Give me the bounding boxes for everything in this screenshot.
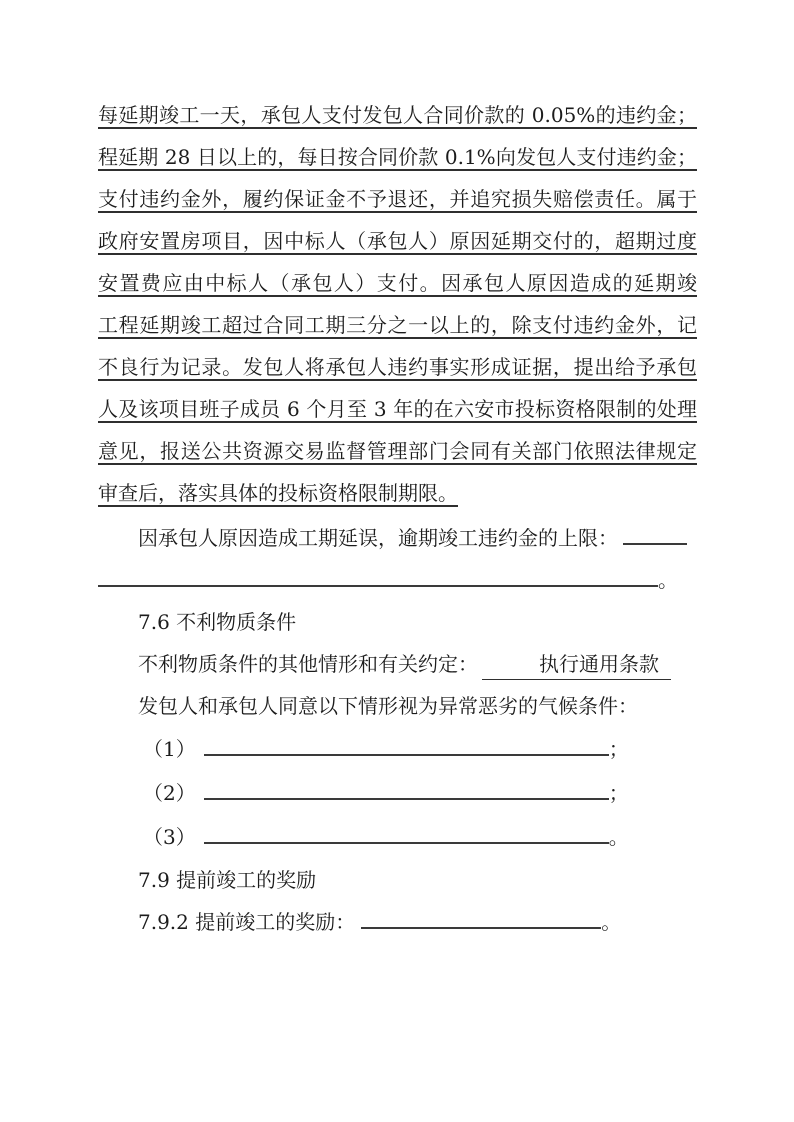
item-3-blank-field[interactable] bbox=[204, 838, 609, 844]
early-completion-reward-line: 7.9.2 提前竣工的奖励：。 bbox=[98, 901, 697, 943]
paragraph-line: 工程延期竣工超过合同工期三分之一以上的，除支付违约金外，记 bbox=[98, 304, 697, 346]
paragraph-line: 安置费应由中标人（承包人）支付。因承包人原因造成的延期竣工， bbox=[98, 262, 697, 304]
adverse-conditions-filled-value[interactable]: 执行通用条款 bbox=[482, 651, 671, 680]
delay-penalty-cap-blank-field[interactable] bbox=[623, 539, 687, 545]
item-2-label: （2） bbox=[143, 781, 196, 805]
item-3-label: （3） bbox=[143, 825, 196, 849]
end-punctuation: 。 bbox=[658, 568, 678, 592]
weather-condition-item-1: （1）； bbox=[98, 727, 697, 771]
item-1-label: （1） bbox=[143, 737, 196, 761]
adverse-physical-conditions-line: 不利物质条件的其他情形和有关约定：执行通用条款 bbox=[98, 643, 697, 685]
paragraph-line: 程延期 28 日以上的，每日按合同价款 0.1%向发包人支付违约金；除 bbox=[98, 136, 697, 178]
delay-penalty-cap-label: 因承包人原因造成工期延误，逾期竣工违约金的上限： bbox=[138, 526, 618, 550]
early-completion-reward-label: 7.9.2 提前竣工的奖励： bbox=[138, 910, 355, 934]
reward-end-punctuation: 。 bbox=[601, 910, 621, 934]
paragraph-line: 支付违约金外，履约保证金不予退还，并追究损失赔偿责任。属于 bbox=[98, 178, 697, 220]
item-3-punctuation: 。 bbox=[609, 825, 629, 849]
document-content: 每延期竣工一天，承包人支付发包人合同价款的 0.05%的违约金；工 程延期 28… bbox=[0, 0, 794, 943]
delay-penalty-cap-line: 因承包人原因造成工期延误，逾期竣工违约金的上限： bbox=[98, 517, 697, 559]
item-2-blank-field[interactable] bbox=[204, 794, 609, 800]
abnormal-weather-intro-line: 发包人和承包人同意以下情形视为异常恶劣的气候条件： bbox=[98, 685, 697, 727]
delay-penalty-cap-continuation-blank-field[interactable] bbox=[98, 581, 658, 587]
item-1-punctuation: ； bbox=[609, 737, 629, 761]
document-page: 每延期竣工一天，承包人支付发包人合同价款的 0.05%的违约金；工 程延期 28… bbox=[0, 0, 794, 1122]
weather-condition-item-3: （3）。 bbox=[98, 815, 697, 859]
late-completion-clause-paragraph: 每延期竣工一天，承包人支付发包人合同价款的 0.05%的违约金；工 程延期 28… bbox=[98, 94, 697, 514]
item-2-punctuation: ； bbox=[609, 781, 629, 805]
section-7-9-heading: 7.9 提前竣工的奖励 bbox=[98, 859, 697, 901]
paragraph-line: 不良行为记录。发包人将承包人违约事实形成证据，提出给予承包 bbox=[98, 346, 697, 388]
paragraph-line: 每延期竣工一天，承包人支付发包人合同价款的 0.05%的违约金；工 bbox=[98, 94, 697, 136]
weather-condition-item-2: （2）； bbox=[98, 771, 697, 815]
section-7-6-heading: 7.6 不利物质条件 bbox=[98, 601, 697, 643]
early-completion-reward-blank-field[interactable] bbox=[361, 923, 601, 929]
adverse-conditions-label: 不利物质条件的其他情形和有关约定： bbox=[138, 652, 478, 676]
paragraph-line: 意见，报送公共资源交易监督管理部门会同有关部门依照法律规定 bbox=[98, 430, 697, 472]
delay-penalty-cap-continuation-line: 。 bbox=[98, 559, 697, 601]
paragraph-line: 政府安置房项目，因中标人（承包人）原因延期交付的，超期过度 bbox=[98, 220, 697, 262]
paragraph-line: 审查后，落实具体的投标资格限制期限。 bbox=[98, 472, 697, 514]
paragraph-line: 人及该项目班子成员 6 个月至 3 年的在六安市投标资格限制的处理 bbox=[98, 388, 697, 430]
item-1-blank-field[interactable] bbox=[204, 750, 609, 756]
